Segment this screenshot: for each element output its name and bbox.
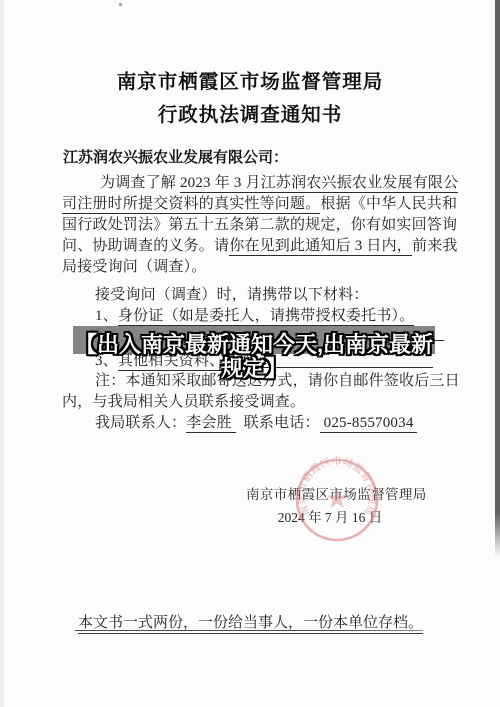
footer-note: 本文书一式两份，一份给当事人，一份本单位存档。 bbox=[78, 611, 423, 632]
issue-date: 2024 年 7 月 16 日 bbox=[240, 506, 420, 526]
addressee: 江苏润农兴振农业发展有限公司： bbox=[63, 146, 288, 167]
doc-type-title: 行政执法调查通知书 bbox=[0, 99, 500, 127]
body-line: 国行政处罚法》第五十五条第二款的规定，你有如实回答询 bbox=[62, 217, 457, 234]
authority-title: 南京市栖霞区市场监督管理局 bbox=[0, 66, 500, 94]
document-paper: 南京市栖霞区市场监督管理局 行政执法调查通知书 江苏润农兴振农业发展有限公司： … bbox=[0, 0, 500, 707]
body-line: 司注册时所提交资料的真实性等问题。根据《中华人民共和 bbox=[62, 196, 457, 213]
overlay-caption-line2: 规定】 bbox=[64, 352, 444, 383]
body-line: 为调查了解 2023 年 3 月江苏润农兴振农业发展有限公 bbox=[100, 175, 458, 192]
scan-edge-left bbox=[0, 0, 4, 707]
body-line: 问、协助调查的义务。请你在见到此通知后 3 日内，前来我 bbox=[62, 238, 458, 255]
scan-edge-right bbox=[495, 0, 500, 557]
footer-rule bbox=[75, 630, 423, 631]
scan-speck bbox=[119, 3, 122, 6]
body-line: 内，与我局相关人员联系接受调查。 bbox=[62, 394, 305, 411]
body-line: 我局联系人：李会胜 联系电话： 025-85570034 bbox=[95, 415, 417, 432]
issuer-name: 南京市栖霞区市场监督管理局 bbox=[246, 483, 427, 503]
body-line: 1、身份证（如是委托人，请携带授权委托书）。 bbox=[95, 308, 414, 325]
body-line: 局接受询问（调查）。 bbox=[62, 259, 207, 276]
body-line: 接受询问（调查）时，请携带以下材料： bbox=[95, 287, 369, 304]
